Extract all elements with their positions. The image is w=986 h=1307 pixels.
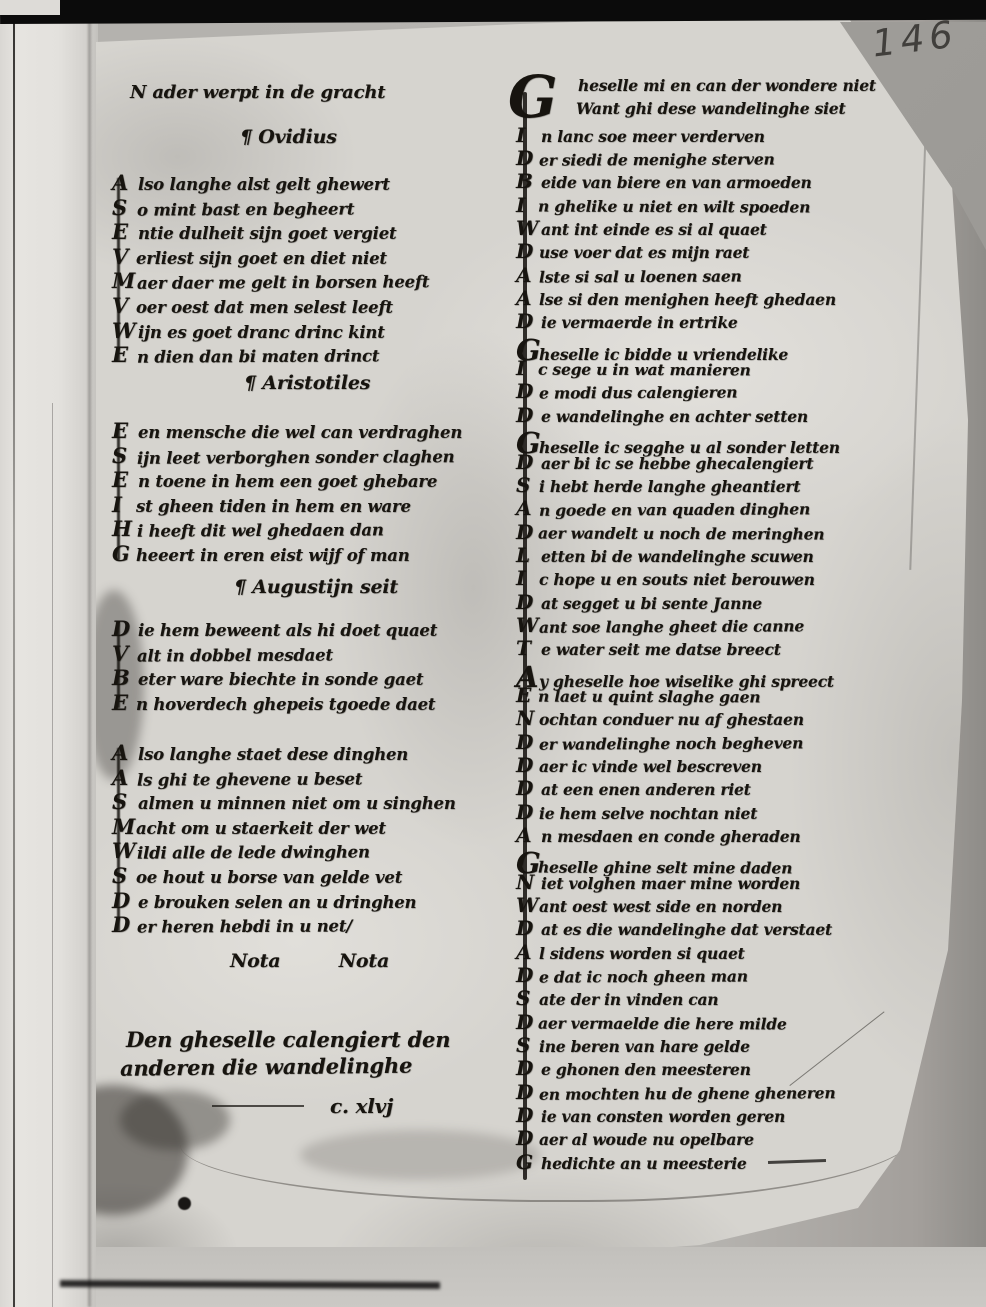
line-initial: L [514, 543, 539, 567]
gutter-crease [52, 403, 53, 1307]
drop-cap-initial: G [508, 68, 557, 126]
line-initial: B [112, 665, 136, 690]
verse-line: I n lanc soe meer verderven [514, 123, 974, 146]
verse-line: G heselle ic bidde u vriendelike [514, 333, 974, 356]
line-initial: B [514, 169, 539, 193]
line-text: almen u minnen niet om u singhen [138, 794, 456, 813]
line-text: iet volghen maer mine worden [541, 874, 800, 893]
stanza: A lso langhe staet dese dinghen A ls ghi… [112, 740, 502, 937]
line-initial: E [112, 467, 136, 492]
verse-line: V alt in dobbel mesdaet [112, 641, 502, 666]
line-initial: V [112, 244, 136, 269]
verse-line: A ls ghi te ghevene u beset [112, 765, 502, 790]
verse-line: L etten bi de wandelinghe scuwen [514, 543, 974, 566]
verse-line: D aer bi ic se hebbe ghecalengiert [514, 450, 974, 473]
line-text: ant int einde es si al quaet [541, 220, 767, 239]
line-text: Want ghi dese wandelinghe siet [576, 99, 845, 118]
line-initial: D [514, 309, 539, 333]
line-initial: G [514, 1150, 539, 1174]
verse-line: D ie hem beweent als hi doet quaet [112, 616, 502, 641]
line-initial: S [112, 443, 136, 468]
line-initial: S [514, 986, 539, 1010]
verse-line: V erliest sijn goet en diet niet [112, 244, 502, 269]
line-initial: D [514, 916, 539, 940]
line-text: st gheen tiden in hem en ware [136, 497, 411, 516]
right-column: G heselle mi en can der wondere niet Wan… [514, 76, 974, 1173]
line-text: ie hem selve nochtan niet [539, 804, 757, 823]
verse-line: W ildi alle de lede dwinghen [112, 838, 502, 863]
verse-line: G heselle ic segghe u al sonder letten [514, 426, 974, 449]
line-text: erliest sijn goet en diet niet [136, 249, 387, 268]
line-initial: D [514, 450, 539, 474]
line-text: lso langhe staet dese dinghen [138, 745, 408, 764]
verse-line: I c hope u en souts niet berouwen [514, 566, 974, 589]
verse-line: S o mint bast en begheert [112, 195, 502, 220]
verse-line: E n toene in hem een goet ghebare [112, 467, 502, 492]
line-text: en mochten hu de ghene gheneren [539, 1083, 835, 1104]
line-initial: A [514, 286, 539, 310]
verse-line: D e dat ic noch gheen man [514, 963, 974, 986]
verse-line: D er siedi de menighe sterven [514, 146, 974, 169]
line-initial: A [514, 263, 539, 287]
line-initial: D [514, 800, 539, 824]
line-text: er siedi de menighe sterven [539, 149, 775, 169]
line-initial: A [112, 765, 136, 790]
rule-dash [212, 1105, 304, 1107]
table-surface [96, 1247, 986, 1307]
line-initial: E [514, 683, 539, 707]
line-text: ochtan conduer nu af ghestaen [539, 710, 804, 729]
line-text: ntie dulheit sijn goet vergiet [138, 224, 396, 243]
verse-line: D aer wandelt u noch de meringhen [514, 520, 974, 543]
chapter-number-line: c. xlvj [212, 1094, 393, 1118]
verse-line: W ijn es goet dranc drinc kint [112, 318, 502, 343]
line-text: ijn leet verborghen sonder claghen [137, 447, 455, 468]
line-text: acht om u staerkeit der wet [136, 819, 386, 838]
verse-line: D aer ic vinde wel bescreven [514, 753, 974, 776]
line-initial: E [112, 690, 136, 715]
line-text: at een enen anderen riet [541, 780, 751, 799]
verse-line: G hedichte an u meesterie [514, 1150, 974, 1173]
parchment-page: N ader werpt in de gracht ¶ Ovidius A ls… [0, 0, 986, 1307]
line-initial: M [112, 814, 136, 839]
stanza: E en mensche die wel can verdraghen S ij… [112, 418, 502, 566]
line-initial: D [514, 1126, 539, 1150]
line-text: heselle mi en can der wondere niet [578, 76, 876, 95]
line-text: en mensche die wel can verdraghen [138, 423, 462, 442]
line-initial: D [514, 1080, 539, 1104]
line-text: n goede en van quaden dinghen [539, 499, 810, 519]
line-text: ant oest west side en norden [539, 897, 782, 916]
verse-line: D e ghonen den meesteren [514, 1056, 974, 1079]
verse-line: S i hebt herde langhe gheantiert [514, 473, 974, 496]
line-text: e water seit me datse breect [541, 640, 781, 659]
line-text: at es die wandelinghe dat verstaet [541, 920, 832, 939]
verse-line: D er heren hebdi in u net/ [112, 912, 502, 937]
line-initial: E [112, 342, 136, 367]
verse-line: A lse si den menighen heeft ghedaen [514, 286, 974, 309]
line-text: alt in dobbel mesdaet [137, 645, 333, 665]
line-text: oe hout u borse van gelde vet [136, 868, 402, 887]
line-text: e dat ic noch gheen man [539, 967, 748, 987]
line-text: l sidens worden si quaet [539, 944, 745, 963]
line-text: ine beren van hare gelde [539, 1037, 750, 1056]
rubric-line: Den gheselle calengiert den [126, 1026, 450, 1053]
verse-line: W ant soe langhe gheet die canne [514, 613, 974, 636]
line-initial: S [112, 863, 136, 888]
rubric-line: anderen die wandelinghe [120, 1051, 451, 1081]
line-text: aer daer me gelt in borsen heeft [137, 273, 429, 294]
chapter-rubric: Den gheselle calengiert den anderen die … [126, 1026, 450, 1080]
line-text: er heren hebdi in u net/ [137, 917, 352, 937]
verse-line: I c sege u in wat manieren [514, 356, 974, 379]
verse-line: D use voer dat es mijn raet [514, 239, 974, 262]
verse-line: G heeert in eren eist wijf of man [112, 541, 502, 566]
line-text: ie hem beweent als hi doet quaet [138, 621, 437, 640]
line-text: n ghelike u niet en wilt spoeden [538, 196, 810, 216]
verse-line: W ant int einde es si al quaet [514, 216, 974, 239]
verse-line: W ant oest west side en norden [514, 893, 974, 916]
line-initial: A [514, 496, 539, 520]
line-initial: S [514, 1033, 539, 1057]
line-initial: D [112, 616, 136, 641]
line-text: ie van consten worden geren [541, 1107, 785, 1126]
line-text: aer ic vinde wel bescreven [539, 757, 762, 776]
line-text: n mesdaen en conde gheraden [541, 827, 800, 846]
line-text: ate der in vinden can [539, 990, 718, 1009]
verse-line: A l sidens worden si quaet [514, 940, 974, 963]
verse-line: D e brouken selen an u dringhen [112, 888, 502, 913]
line-initial: I [112, 492, 136, 517]
section-heading-aristotiles: ¶ Aristotiles [244, 372, 370, 394]
line-text: heeert in eren eist wijf of man [136, 546, 410, 565]
catchline: N ader werpt in de gracht [130, 82, 385, 103]
line-initial: D [112, 912, 136, 937]
verse-line: N ochtan conduer nu af ghestaen [514, 706, 974, 729]
verse-line: I n ghelike u niet en wilt spoeden [514, 193, 974, 216]
photo-top-corner [0, 0, 60, 15]
line-text: e modi dus calengieren [539, 383, 737, 403]
verse-line: N iet volghen maer mine worden [514, 870, 974, 893]
line-text: i heeft dit wel ghedaen dan [137, 521, 384, 541]
verse-line: D aer vermaelde die here milde [514, 1010, 974, 1033]
line-initial: A [112, 170, 136, 195]
line-initial: S [112, 789, 136, 814]
verse-line: V oer oest dat men selest leeft [112, 293, 502, 318]
line-text: etten bi de wandelinghe scuwen [541, 547, 814, 566]
line-initial: D [112, 888, 136, 913]
line-initial: G [112, 541, 136, 566]
line-text: use voer dat es mijn raet [539, 243, 749, 262]
verse-line: D e wandelinghe en achter setten [514, 403, 974, 426]
verse-line: E n laet u quint slaghe gaen [514, 683, 974, 706]
verse-line: heselle mi en can der wondere niet [514, 76, 974, 99]
line-initial: D [514, 963, 539, 987]
line-text: aer wandelt u noch de meringhen [538, 523, 824, 543]
verse-line: T e water seit me datse breect [514, 636, 974, 659]
verse-line: S ate der in vinden can [514, 986, 974, 1009]
verse-line: D at segget u bi sente Janne [514, 590, 974, 613]
line-initial: E [112, 219, 136, 244]
line-initial: S [514, 473, 539, 497]
line-initial: W [112, 838, 136, 863]
line-initial: D [514, 239, 539, 263]
manuscript-photo: N ader werpt in de gracht ¶ Ovidius A ls… [0, 0, 986, 1307]
verse-line: B eter ware biechte in sonde gaet [112, 665, 502, 690]
line-initial: D [514, 520, 539, 544]
line-text: ls ghi te ghevene u beset [137, 769, 362, 789]
line-text: lse si den menighen heeft ghedaen [539, 290, 836, 309]
line-initial: A [514, 940, 539, 964]
verse-line: M aer daer me gelt in borsen heeft [112, 268, 502, 293]
verse-line: E n dien dan bi maten drinct [112, 342, 502, 367]
line-text: aer vermaelde die here milde [538, 1013, 787, 1033]
verse-line: S oe hout u borse van gelde vet [112, 863, 502, 888]
line-initial: V [112, 641, 136, 666]
line-text: aer bi ic se hebbe ghecalengiert [541, 454, 813, 473]
line-text: eide van biere en van armoeden [541, 173, 812, 192]
verse-line: D aer al woude nu opelbare [514, 1126, 974, 1149]
line-text: ildi alle de lede dwinghen [137, 843, 370, 863]
line-text: ie vermaerde in ertrike [541, 313, 738, 332]
line-initial: I [514, 193, 539, 217]
line-text: e brouken selen an u dringhen [138, 893, 416, 912]
verse-line: D ie van consten worden geren [514, 1103, 974, 1126]
verse-line: E en mensche die wel can verdraghen [112, 418, 502, 443]
line-initial: I [514, 566, 539, 590]
verse-line: D e modi dus calengieren [514, 379, 974, 402]
verse-line: Want ghi dese wandelinghe siet [514, 99, 974, 122]
line-initial: D [514, 1010, 539, 1034]
verse-line: I st gheen tiden in hem en ware [112, 492, 502, 517]
line-initial: D [514, 403, 539, 427]
line-text: ant soe langhe gheet die canne [539, 616, 804, 636]
line-initial: A [514, 823, 539, 847]
line-text: e ghonen den meesteren [541, 1060, 751, 1079]
chapter-number: c. xlvj [330, 1094, 393, 1118]
line-initial: A [112, 740, 136, 765]
line-initial: W [112, 318, 136, 343]
verse-line: D er wandelinghe noch begheven [514, 730, 974, 753]
verse-lines: heselle mi en can der wondere niet Want … [514, 76, 974, 1173]
line-text: c hope u en souts niet berouwen [539, 570, 815, 589]
line-text: oer oest dat men selest leeft [136, 298, 393, 317]
line-text: aer al woude nu opelbare [539, 1130, 754, 1149]
verse-line: A lste si sal u loenen saen [514, 263, 974, 286]
line-text: lste si sal u loenen saen [539, 266, 742, 286]
line-text: c sege u in wat manieren [538, 360, 751, 380]
verse-line: B eide van biere en van armoeden [514, 169, 974, 192]
stanza: D ie hem beweent als hi doet quaet V alt… [112, 616, 502, 714]
verse-line: E n hoverdech ghepeis tgoede daet [112, 690, 502, 715]
gutter-crease [13, 16, 15, 1307]
line-initial: W [514, 893, 539, 917]
line-text: ijn es goet dranc drinc kint [138, 323, 385, 342]
line-initial: D [514, 730, 539, 754]
line-initial: N [514, 706, 539, 730]
section-heading-ovidius: ¶ Ovidius [240, 126, 337, 148]
line-initial: D [514, 1056, 539, 1080]
verse-line: S almen u minnen niet om u singhen [112, 789, 502, 814]
verse-line: E ntie dulheit sijn goet vergiet [112, 219, 502, 244]
section-heading-augustijn: ¶ Augustijn seit [234, 576, 398, 598]
line-text: eter ware biechte in sonde gaet [138, 670, 423, 689]
line-initial: E [112, 418, 136, 443]
line-initial: T [514, 636, 539, 660]
line-initial: S [112, 195, 136, 220]
line-initial: D [514, 776, 539, 800]
line-initial: D [514, 379, 539, 403]
verse-line: A n mesdaen en conde gheraden [514, 823, 974, 846]
line-initial: N [514, 870, 539, 894]
verse-line: S ijn leet verborghen sonder claghen [112, 443, 502, 468]
verse-line: H i heeft dit wel ghedaen dan [112, 516, 502, 541]
line-text: lso langhe alst gelt ghewert [138, 175, 390, 194]
line-initial: V [112, 293, 136, 318]
verse-line: S ine beren van hare gelde [514, 1033, 974, 1056]
line-text: hedichte an u meesterie [541, 1154, 747, 1173]
line-text: er wandelinghe noch begheven [539, 733, 803, 753]
verse-line: A lso langhe alst gelt ghewert [112, 170, 502, 195]
verse-line: G heselle ghine selt mine daden [514, 846, 974, 869]
line-text: i hebt herde langhe gheantiert [539, 477, 800, 496]
line-initial: W [514, 216, 539, 240]
verse-line: D at es die wandelinghe dat verstaet [514, 916, 974, 939]
verse-line: D ie vermaerde in ertrike [514, 309, 974, 332]
verse-line: A y gheselle hoe wiselike ghi spreect [514, 660, 974, 683]
line-text: e wandelinghe en achter setten [541, 407, 808, 426]
line-initial: D [514, 590, 539, 614]
line-text: n lanc soe meer verderven [541, 127, 765, 146]
line-initial: D [514, 753, 539, 777]
line-initial: H [112, 516, 136, 541]
line-initial: I [514, 356, 539, 380]
verse-line: D ie hem selve nochtan niet [514, 800, 974, 823]
line-text: n dien dan bi maten drinct [137, 347, 379, 367]
line-initial: D [514, 146, 539, 170]
line-initial: M [112, 268, 136, 293]
verse-line: A n goede en van quaden dinghen [514, 496, 974, 519]
verse-line: M acht om u staerkeit der wet [112, 814, 502, 839]
wormhole-dot [178, 1197, 191, 1210]
nota-marks: Nota Nota [230, 950, 389, 972]
line-text: n toene in hem een goet ghebare [138, 472, 437, 491]
stanza: A lso langhe alst gelt ghewert S o mint … [112, 170, 502, 367]
line-text: n laet u quint slaghe gaen [538, 687, 760, 707]
line-text: at segget u bi sente Janne [541, 594, 762, 613]
verse-line: D en mochten hu de ghene gheneren [514, 1080, 974, 1103]
gutter-crease [88, 16, 91, 1307]
binding-gutter [0, 16, 98, 1307]
verse-line: A lso langhe staet dese dinghen [112, 740, 502, 765]
line-text: n hoverdech ghepeis tgoede daet [136, 695, 435, 714]
line-initial: W [514, 613, 539, 637]
initial-chain-line [523, 92, 527, 1180]
line-text: o mint bast en begheert [137, 199, 354, 219]
verse-line: D at een enen anderen riet [514, 776, 974, 799]
line-initial: D [514, 1103, 539, 1127]
